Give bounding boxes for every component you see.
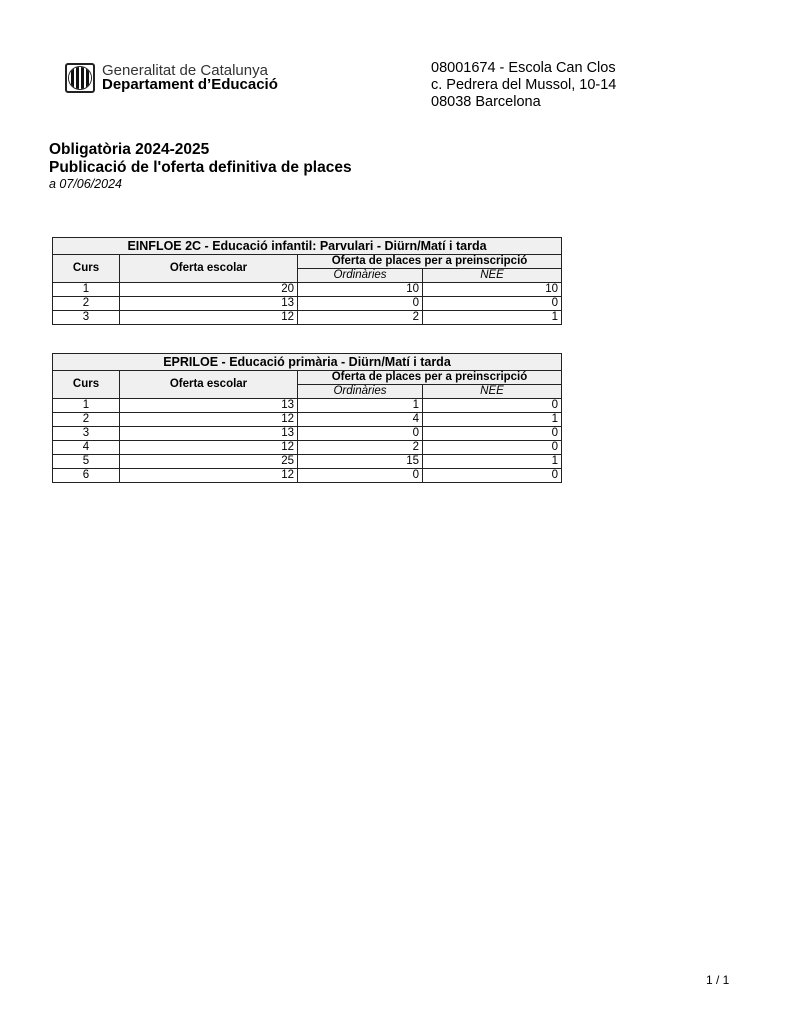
publication-date: a 07/06/2024 <box>49 177 352 191</box>
cell-nee: 0 <box>423 297 562 311</box>
generalitat-logo: Generalitat de Catalunya Departament d’E… <box>65 63 278 93</box>
cell-nee: 1 <box>423 455 562 469</box>
table-body: 12010102130031221 <box>53 283 562 325</box>
cell-curs: 2 <box>53 297 120 311</box>
cell-curs: 6 <box>53 469 120 483</box>
table-caption: EPRILOE - Educació primària - Diürn/Matí… <box>53 354 562 371</box>
table-row: 21300 <box>53 297 562 311</box>
cell-oferta: 12 <box>120 441 298 455</box>
column-header-oferta: Oferta escolar <box>120 255 298 283</box>
page-indicator: 1 / 1 <box>706 973 729 987</box>
cell-ordinaries: 0 <box>298 427 423 441</box>
cell-ordinaries: 2 <box>298 311 423 325</box>
column-header-nee: NEE <box>423 269 562 283</box>
cell-curs: 3 <box>53 427 120 441</box>
table-row: 31300 <box>53 427 562 441</box>
cell-curs: 1 <box>53 399 120 413</box>
table-row: 31221 <box>53 311 562 325</box>
cell-oferta: 13 <box>120 399 298 413</box>
generalitat-shield-icon <box>65 63 95 93</box>
offer-table-infantil: EINFLOE 2C - Educació infantil: Parvular… <box>52 237 562 325</box>
cell-ordinaries: 0 <box>298 469 423 483</box>
cell-nee: 1 <box>423 311 562 325</box>
cell-ordinaries: 10 <box>298 283 423 297</box>
cell-curs: 2 <box>53 413 120 427</box>
column-header-ordinaries: Ordinàries <box>298 385 423 399</box>
cell-oferta: 25 <box>120 455 298 469</box>
table-row: 525151 <box>53 455 562 469</box>
table-body: 1131021241313004122052515161200 <box>53 399 562 483</box>
column-header-ordinaries: Ordinàries <box>298 269 423 283</box>
cell-nee: 0 <box>423 469 562 483</box>
document-heading: Obligatòria 2024-2025 Publicació de l'of… <box>49 141 352 191</box>
cell-curs: 3 <box>53 311 120 325</box>
cell-oferta: 13 <box>120 427 298 441</box>
column-header-curs: Curs <box>53 255 120 283</box>
cell-nee: 0 <box>423 441 562 455</box>
document-subtitle: Publicació de l'oferta definitiva de pla… <box>49 159 352 177</box>
school-code-name: 08001674 - Escola Can Clos <box>431 60 616 77</box>
cell-nee: 1 <box>423 413 562 427</box>
school-city: 08038 Barcelona <box>431 94 616 111</box>
table-row: 21241 <box>53 413 562 427</box>
column-header-nee: NEE <box>423 385 562 399</box>
table-row: 41220 <box>53 441 562 455</box>
column-header-curs: Curs <box>53 371 120 399</box>
cell-ordinaries: 1 <box>298 399 423 413</box>
cell-oferta: 12 <box>120 469 298 483</box>
table-row: 1201010 <box>53 283 562 297</box>
column-group-header: Oferta de places per a preinscripció <box>298 371 562 385</box>
table-row: 61200 <box>53 469 562 483</box>
cell-oferta: 20 <box>120 283 298 297</box>
school-street: c. Pedrera del Mussol, 10-14 <box>431 77 616 94</box>
cell-nee: 0 <box>423 399 562 413</box>
cell-ordinaries: 4 <box>298 413 423 427</box>
cell-oferta: 13 <box>120 297 298 311</box>
cell-curs: 1 <box>53 283 120 297</box>
document-title: Obligatòria 2024-2025 <box>49 141 352 159</box>
school-address: 08001674 - Escola Can Clos c. Pedrera de… <box>431 60 616 111</box>
cell-oferta: 12 <box>120 413 298 427</box>
offer-table-primaria: EPRILOE - Educació primària - Diürn/Matí… <box>52 353 562 483</box>
column-header-oferta: Oferta escolar <box>120 371 298 399</box>
table-row: 11310 <box>53 399 562 413</box>
cell-ordinaries: 15 <box>298 455 423 469</box>
cell-ordinaries: 2 <box>298 441 423 455</box>
table-caption: EINFLOE 2C - Educació infantil: Parvular… <box>53 238 562 255</box>
cell-curs: 4 <box>53 441 120 455</box>
department-name: Departament d’Educació <box>102 78 278 92</box>
column-group-header: Oferta de places per a preinscripció <box>298 255 562 269</box>
cell-oferta: 12 <box>120 311 298 325</box>
cell-nee: 0 <box>423 427 562 441</box>
cell-ordinaries: 0 <box>298 297 423 311</box>
cell-nee: 10 <box>423 283 562 297</box>
cell-curs: 5 <box>53 455 120 469</box>
